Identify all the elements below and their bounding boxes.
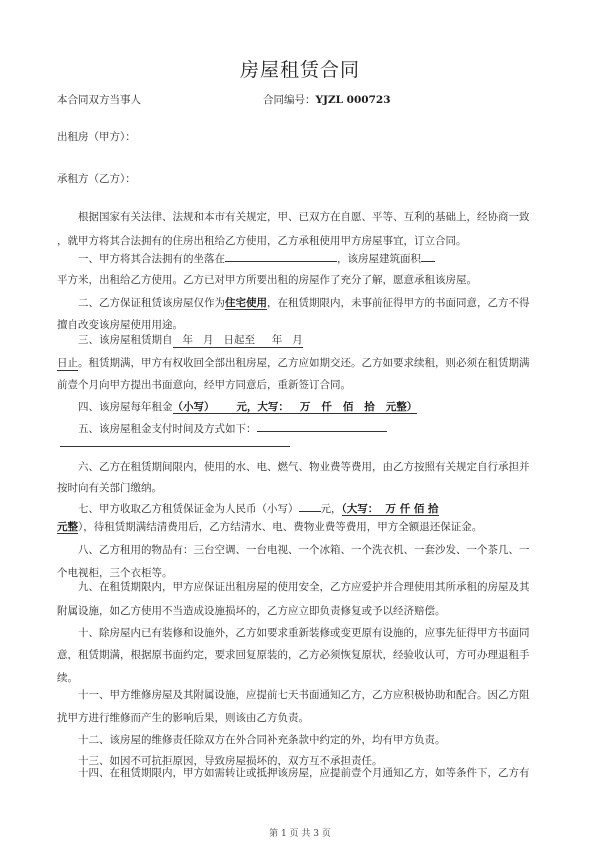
area-blank[interactable] <box>421 250 435 262</box>
contract-page: 房屋租赁合同 本合同双方当事人 合同编号：YJZL 000723 出租房（甲方）… <box>0 0 600 849</box>
deposit-capital-blank[interactable]: （大写： 万 仟 佰 拾 <box>342 503 439 516</box>
clause-2-text-b: ，在租赁期限内，未事前征得甲方的书面同意，乙方不得 <box>267 297 530 309</box>
preamble-line-1: 根据国家有关法律、法规和本市有关规定，甲、已双方在自愿、平等、互利的基础上，经协… <box>78 210 530 224</box>
clause-2-line-2: 擅自改变该房屋使用用途。 <box>57 318 183 332</box>
lease-term-blank[interactable]: 年 月 日起至 年 月 <box>173 333 303 348</box>
clause-2-line-1: 二、乙方保证租赁该房屋仅作为住宅使用，在租赁期限内，未事前征得甲方的书面同意，乙… <box>78 296 530 310</box>
clause-7-text-b: 元， <box>321 503 342 515</box>
clause-1-text-a: 一、甲方将其合法拥有的坐落在 <box>78 253 225 265</box>
clause-5-line-1: 五、该房屋租金支付时间及方式如下： <box>78 420 387 436</box>
residential-use-text: 住宅使用 <box>225 297 267 310</box>
clause-11-line-1: 十一、甲方维修房屋及其附属设施，应提前七天书面通知乙方，乙方应积极协助和配合。因… <box>78 688 530 702</box>
clause-6-line-2: 按时向有关部门缴纳。 <box>57 481 162 495</box>
clause-3-line-1: 三、该房屋租赁期自 年 月 日起至 年 月 <box>78 333 303 348</box>
clause-14-line-1: 十四、在租赁期限内，甲方如需转让或抵押该房屋，应提前壹个月通知乙方，如等条件下，… <box>78 766 530 780</box>
clause-5-text-a: 五、该房屋租金支付时间及方式如下： <box>78 423 257 435</box>
clause-10-line-3: 续。 <box>57 671 78 685</box>
preamble-line-2: ，就甲方将其合法拥有的住房出租给乙方使用，乙方承租使用甲方房屋事宜，订立合同。 <box>57 234 467 248</box>
clause-10-line-2: 意，租赁期满，根据原书面约定，要求回复原装的，乙方必须恢复原状，经验收认可，方可… <box>57 648 530 662</box>
clause-1-text-b: ，该房屋建筑面积 <box>337 253 421 265</box>
contract-number-label: 合同编号： <box>263 94 316 106</box>
clause-2-text-a: 二、乙方保证租赁该房屋仅作为 <box>78 297 225 309</box>
clause-7-text-a: 七、甲方收取乙方租赁保证金为人民币（小写） <box>78 503 299 515</box>
annual-rent-blank[interactable]: （小写） 元，大写： 万 仟 佰 拾 元整） <box>173 401 418 414</box>
clause-1-line-2: 平方米，出租给乙方使用。乙方已对甲方所要出租的房屋作了充分了解，愿意承租该房屋。 <box>57 273 477 287</box>
lessor-label: 出租房（甲方）： <box>57 130 136 144</box>
address-blank[interactable] <box>225 250 337 262</box>
deposit-amount-blank[interactable] <box>299 500 321 512</box>
deposit-capital-end: 元整 <box>57 521 78 534</box>
page-number: 第 1 页 共 3 页 <box>0 826 600 839</box>
clause-10-line-1: 十、除房屋内已有装修和设施外，乙方如要求重新装修或变更原有设施的，应事先征得甲方… <box>78 626 530 640</box>
lease-end-blank[interactable]: 日止 <box>57 356 78 371</box>
clause-4-text-a: 四、该房屋每年租金 <box>78 401 173 413</box>
clause-11-line-2: 扰甲方进行维修而产生的影响后果，则该由乙方负责。 <box>57 711 309 725</box>
contract-number: 合同编号：YJZL 000723 <box>263 93 391 107</box>
parties-label: 本合同双方当事人 <box>57 93 141 107</box>
clause-7-line-1: 七、甲方收取乙方租赁保证金为人民币（小写）元，（大写： 万 仟 佰 拾 <box>78 500 439 516</box>
clause-7-line-2: 元整），待租赁期满结清费用后，乙方结清水、电、费物业费等费用，甲方全额退还保证金… <box>57 520 482 534</box>
clause-3-line-3: 前壹个月向甲方提出书面意向，经甲方同意后，重新签订合同。 <box>57 378 351 392</box>
clause-3-line-2: 日止。租赁期满，甲方有权收回全部出租房屋，乙方应如期交还。乙方如要求续租，则必须… <box>57 356 530 371</box>
clause-6-line-1: 六、乙方在租赁期间限内，使用的水、电、燃气、物业费等费用，由乙方按照有关规定自行… <box>78 460 530 474</box>
clause-8-line-2: 个电视柜，三个衣柜等。 <box>57 566 173 580</box>
clause-8-line-1: 八、乙方租用的物品有：三台空调、一台电视、一个冰箱、一个洗衣机、一套沙发、一个茶… <box>78 543 530 557</box>
document-title: 房屋租赁合同 <box>0 55 600 82</box>
payment-method-blank-line-2[interactable] <box>60 446 290 447</box>
clause-7-text-c: ），待租赁期满结清费用后，乙方结清水、电、费物业费等费用，甲方全额退还保证金。 <box>78 521 482 533</box>
payment-method-blank[interactable] <box>257 420 387 432</box>
clause-3-text-b: 。租赁期满，甲方有权收回全部出租房屋，乙方应如期交还。乙方如要求续租，则必须在租… <box>78 357 530 369</box>
clause-1-line-1: 一、甲方将其合法拥有的坐落在，该房屋建筑面积 <box>78 250 435 266</box>
lessee-label: 承租方（乙方）： <box>57 172 136 186</box>
clause-9-line-1: 九、在租赁期限内，甲方应保证出租房屋的使用安全，乙方应爱护并合理使用其所承租的房… <box>78 580 530 594</box>
clause-3-text-a: 三、该房屋租赁期自 <box>78 334 173 346</box>
clause-9-line-2: 附属设施，如乙方使用不当造成设施损坏的，乙方应立即负责修复或予以经济赔偿。 <box>57 604 446 618</box>
contract-number-value: YJZL 000723 <box>316 94 391 106</box>
clause-4-line-1: 四、该房屋每年租金（小写） 元，大写： 万 仟 佰 拾 元整） <box>78 400 417 414</box>
clause-12-line-1: 十二、该房屋的维修责任除双方在外合同补充条款中约定的外，均有甲方负责。 <box>78 733 446 747</box>
